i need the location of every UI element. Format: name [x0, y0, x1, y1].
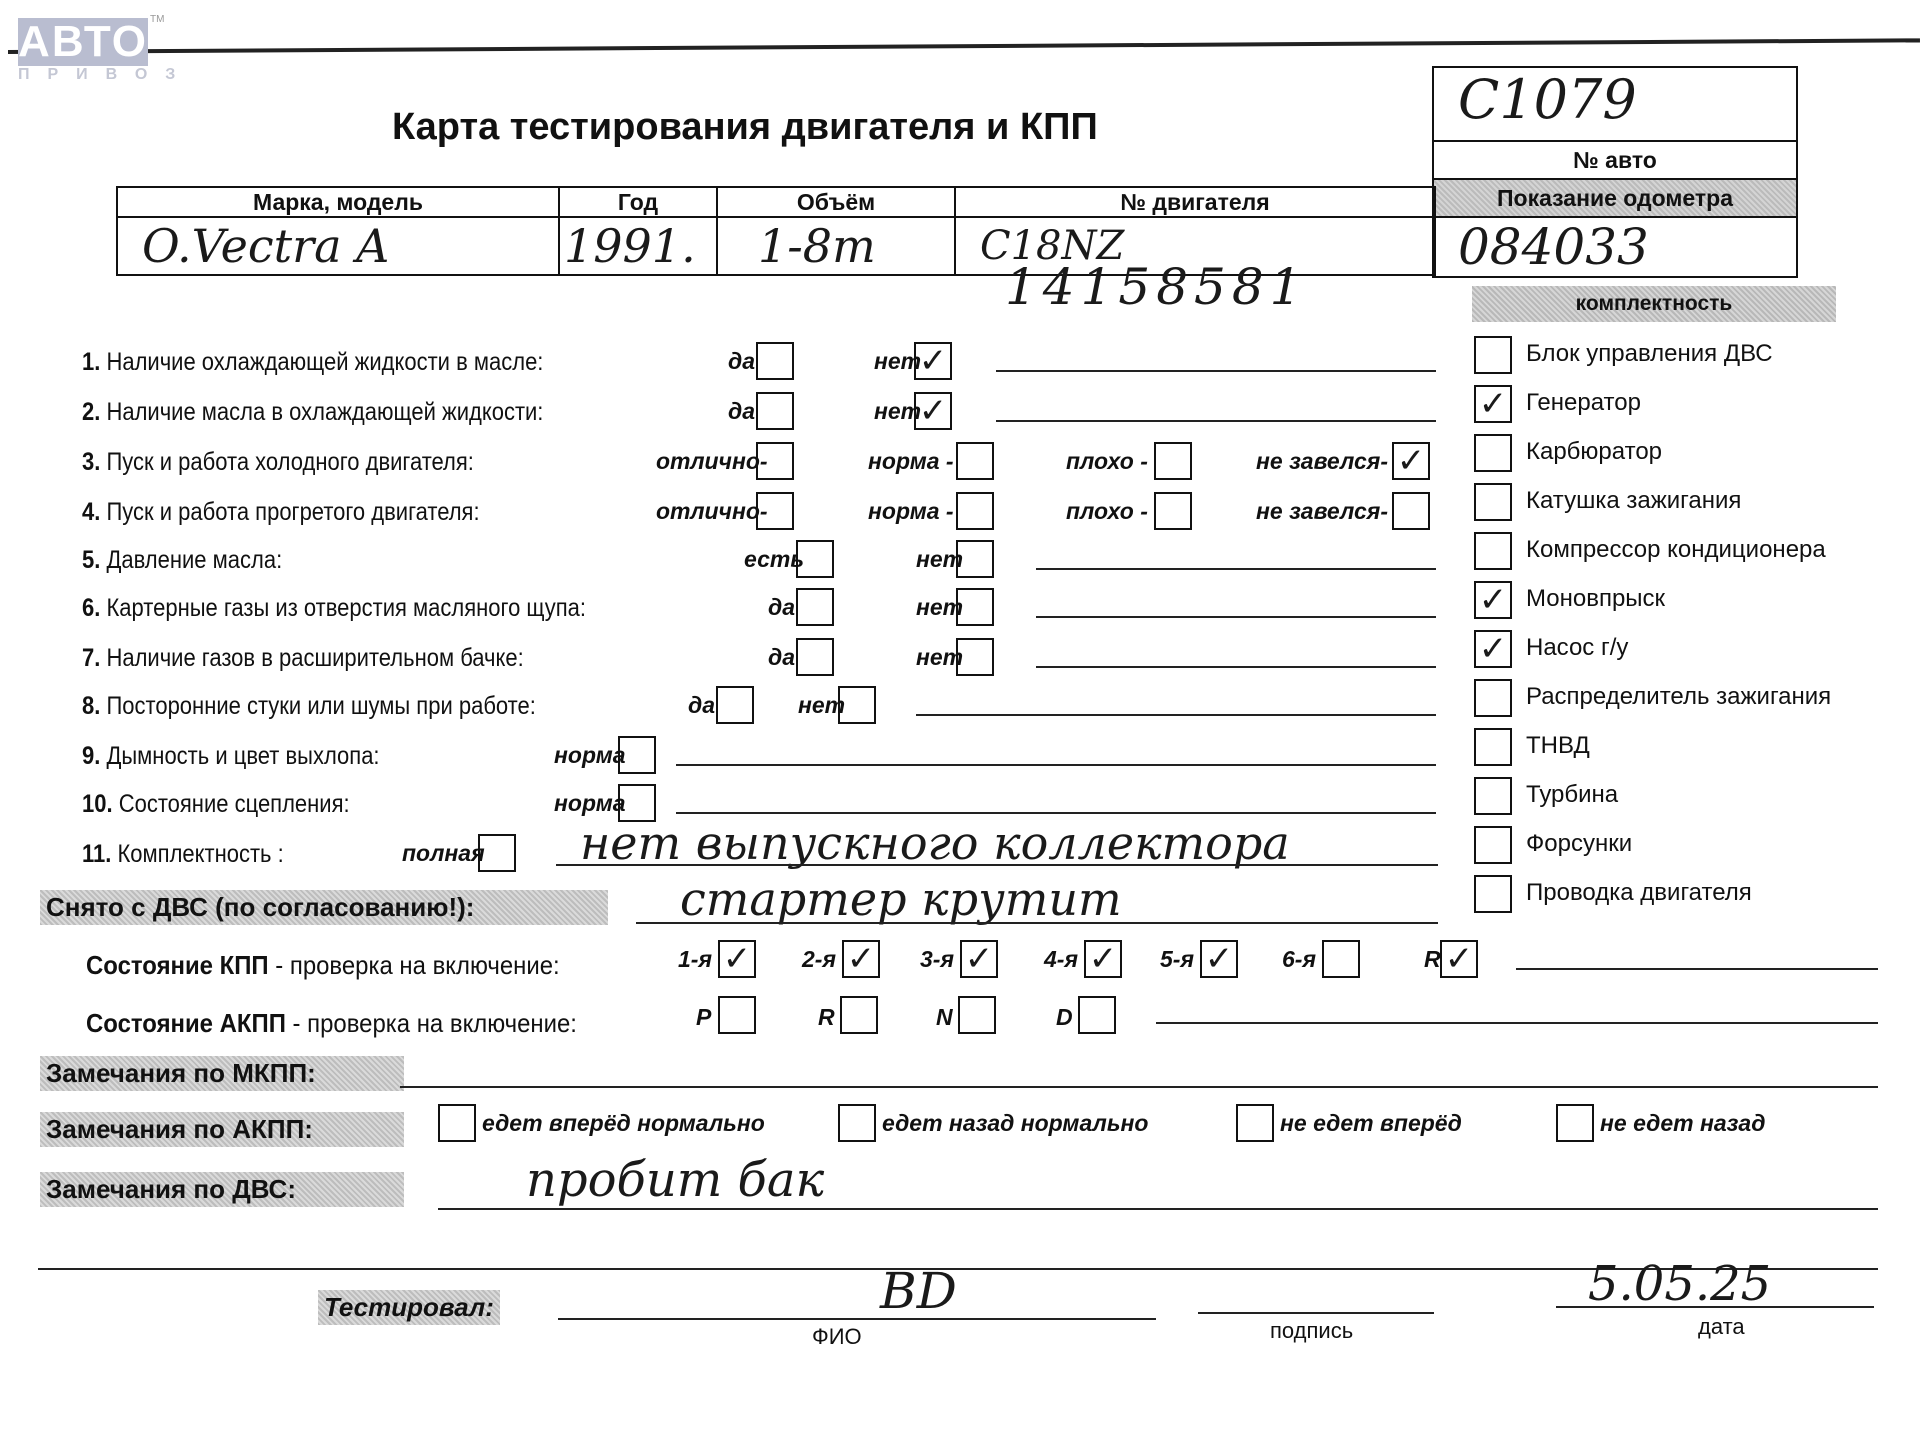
gear-checkbox[interactable]: [1322, 940, 1360, 978]
check-mark-icon: ✓: [1479, 384, 1508, 424]
dvs-remarks-line: [438, 1208, 1878, 1210]
question-label: Картерные газы из отверстия масляного щу…: [106, 594, 586, 622]
akpp-remark-label: едет вперёд нормально: [482, 1110, 765, 1137]
question-number: 8.: [82, 692, 106, 720]
akpp-remark-checkbox[interactable]: [838, 1104, 876, 1142]
date-line: [1556, 1306, 1874, 1308]
kompl-item-label: Катушка зажигания: [1526, 487, 1741, 515]
question-label: Дымность и цвет выхлопа:: [106, 742, 379, 770]
mode-checkbox[interactable]: [840, 996, 878, 1034]
odometer-value[interactable]: 084033: [1434, 218, 1796, 276]
kompl-checkbox[interactable]: ✓: [1474, 581, 1512, 619]
kompl-checkbox[interactable]: [1474, 777, 1512, 815]
auto-number-label: № авто: [1434, 142, 1796, 180]
gear-label: 2-я: [802, 946, 836, 973]
option-checkbox[interactable]: [956, 492, 994, 530]
option-label: не завелся-: [1256, 448, 1388, 475]
option-checkbox[interactable]: [756, 442, 794, 480]
option-label: да: [768, 594, 795, 621]
question-label: Комплектность :: [117, 840, 283, 868]
completeness-note[interactable]: нет выпускного коллектора: [580, 816, 1290, 870]
check-mark-icon: ✓: [919, 341, 948, 381]
question-text: 4. Пуск и работа прогретого двигателя:: [82, 498, 480, 527]
option-checkbox[interactable]: [956, 638, 994, 676]
logo: АВТО: [18, 18, 148, 66]
page-title: Карта тестирования двигателя и КПП: [392, 106, 1098, 149]
answer-line: [1036, 616, 1436, 618]
akpp-remark-label: не едет вперёд: [1280, 1110, 1462, 1137]
check-mark-icon: ✓: [1479, 629, 1508, 669]
mkpp-remarks-label: Замечания по МКПП:: [40, 1056, 404, 1091]
fio-label: ФИО: [812, 1324, 862, 1350]
check-mark-icon: ✓: [1445, 939, 1474, 979]
kompl-header: комплектность: [1472, 286, 1836, 322]
gear-label: R: [1424, 946, 1441, 973]
kpp-label-rest: - проверка на включение:: [269, 950, 560, 980]
check-mark-icon: ✓: [965, 939, 994, 979]
option-label: норма -: [868, 448, 954, 475]
option-label: да: [728, 398, 755, 425]
mode-label: R: [818, 1004, 835, 1031]
answer-line: [996, 420, 1436, 422]
question-label: Давление масла:: [106, 546, 282, 574]
kompl-checkbox[interactable]: ✓: [1474, 630, 1512, 668]
kpp-label: Состояние КПП - проверка на включение:: [86, 950, 560, 981]
answer-line: [1036, 666, 1436, 668]
logo-tm: TM: [150, 14, 164, 25]
option-label: норма: [554, 790, 626, 817]
date-label: дата: [1698, 1314, 1745, 1340]
kompl-checkbox[interactable]: [1474, 483, 1512, 521]
question-text: 2. Наличие масла в охлаждающей жидкости:: [82, 398, 543, 427]
question-label: Пуск и работа холодного двигателя:: [106, 448, 473, 476]
kompl-item-label: Карбюратор: [1526, 438, 1662, 466]
akpp-remark-checkbox[interactable]: [1556, 1104, 1594, 1142]
question-number: 5.: [82, 546, 106, 574]
option-label: отлично-: [656, 498, 768, 525]
option-label: плохо -: [1066, 448, 1148, 475]
check-mark-icon: ✓: [723, 939, 752, 979]
question-text: 7. Наличие газов в расширительном бачке:: [82, 644, 524, 673]
akpp-remark-checkbox[interactable]: [1236, 1104, 1274, 1142]
tested-label: Тестировал:: [318, 1290, 500, 1325]
note-line-1: [556, 864, 1438, 866]
year-value[interactable]: 1991.: [559, 217, 717, 275]
check-mark-icon: ✓: [1397, 441, 1426, 481]
option-checkbox[interactable]: [618, 736, 656, 774]
kompl-checkbox[interactable]: [1474, 434, 1512, 472]
answer-line: [676, 812, 1436, 814]
kompl-item-label: Блок управления ДВС: [1526, 340, 1773, 368]
check-mark-icon: ✓: [1205, 939, 1234, 979]
option-checkbox[interactable]: [1392, 492, 1430, 530]
question-label: Пуск и работа прогретого двигателя:: [106, 498, 479, 526]
gear-label: 4-я: [1044, 946, 1078, 973]
option-checkbox[interactable]: [796, 638, 834, 676]
gear-checkbox[interactable]: ✓: [842, 940, 880, 978]
mode-checkbox[interactable]: [958, 996, 996, 1034]
option-checkbox[interactable]: ✓: [1392, 442, 1430, 480]
answer-line: [676, 764, 1436, 766]
dvs-remarks-value[interactable]: пробит бак: [526, 1152, 824, 1208]
option-checkbox[interactable]: [956, 588, 994, 626]
question-text: 10. Состояние сцепления:: [82, 790, 350, 819]
kompl-checkbox[interactable]: [1474, 826, 1512, 864]
date-value[interactable]: 5.05.25: [1588, 1256, 1771, 1312]
kompl-checkbox[interactable]: [1474, 728, 1512, 766]
col-year: Год: [559, 187, 717, 217]
gear-checkbox[interactable]: ✓: [960, 940, 998, 978]
gear-label: 3-я: [920, 946, 954, 973]
kompl-item-label: Моновпрыск: [1526, 585, 1665, 613]
option-checkbox[interactable]: [756, 492, 794, 530]
gear-checkbox[interactable]: ✓: [1200, 940, 1238, 978]
option-label: не завелся-: [1256, 498, 1388, 525]
question-number: 10.: [82, 790, 119, 818]
gear-label: 5-я: [1160, 946, 1194, 973]
option-checkbox[interactable]: [756, 342, 794, 380]
kompl-item-label: Проводка двигателя: [1526, 879, 1752, 907]
col-make: Марка, модель: [117, 187, 559, 217]
mkpp-remarks-line: [400, 1086, 1878, 1088]
option-label: полная: [402, 840, 485, 867]
option-checkbox[interactable]: [956, 442, 994, 480]
question-number: 7.: [82, 644, 106, 672]
question-text: 3. Пуск и работа холодного двигателя:: [82, 448, 474, 477]
gear-checkbox[interactable]: ✓: [1440, 940, 1478, 978]
question-text: 1. Наличие охлаждающей жидкости в масле:: [82, 348, 543, 377]
logo-subtitle: ПРИВОЗ: [18, 66, 193, 84]
removed-value[interactable]: стартер крутит: [680, 872, 1122, 926]
sign-label: подпись: [1270, 1318, 1353, 1344]
question-number: 11.: [82, 840, 117, 868]
akpp-remark-checkbox[interactable]: [438, 1104, 476, 1142]
col-volume: Объём: [717, 187, 955, 217]
kompl-item-label: Насос г/у: [1526, 634, 1628, 662]
question-label: Наличие охлаждающей жидкости в масле:: [106, 348, 543, 376]
akpp-remark-label: не едет назад: [1600, 1110, 1765, 1137]
question-number: 9.: [82, 742, 106, 770]
option-checkbox[interactable]: [478, 834, 516, 872]
akpp-remarks-label: Замечания по АКПП:: [40, 1112, 404, 1147]
col-engine-no: № двигателя: [955, 187, 1435, 217]
question-text: 9. Дымность и цвет выхлопа:: [82, 742, 380, 771]
option-label: норма: [554, 742, 626, 769]
question-label: Посторонние стуки или шумы при работе:: [106, 692, 535, 720]
odometer-label: Показание одометра: [1434, 180, 1796, 218]
fio-line: [558, 1318, 1156, 1320]
auto-box: C1079 № авто Показание одометра 084033: [1432, 66, 1798, 278]
option-label: да: [688, 692, 715, 719]
kompl-item-label: Распределитель зажигания: [1526, 683, 1831, 711]
kompl-checkbox[interactable]: ✓: [1474, 385, 1512, 423]
option-label: есть: [744, 546, 804, 573]
check-mark-icon: ✓: [919, 391, 948, 431]
question-number: 1.: [82, 348, 106, 376]
kompl-checkbox[interactable]: [1474, 336, 1512, 374]
kompl-checkbox[interactable]: [1474, 532, 1512, 570]
removed-label: Снято с ДВС (по согласованию!):: [40, 890, 608, 925]
akpp-line: [1156, 1022, 1878, 1024]
question-text: 8. Посторонние стуки или шумы при работе…: [82, 692, 536, 721]
auto-number[interactable]: C1079: [1434, 68, 1796, 142]
option-label: да: [728, 348, 755, 375]
kpp-line: [1516, 968, 1878, 970]
question-label: Состояние сцепления:: [119, 790, 350, 818]
option-checkbox[interactable]: [796, 588, 834, 626]
dvs-remarks-label: Замечания по ДВС:: [40, 1172, 404, 1207]
scan-top-line: [8, 38, 1920, 54]
question-text: 6. Картерные газы из отверстия масляного…: [82, 594, 586, 623]
option-checkbox[interactable]: [956, 540, 994, 578]
akpp-label-bold: Состояние АКПП: [86, 1008, 286, 1038]
kompl-item-label: ТНВД: [1526, 732, 1590, 760]
mode-checkbox[interactable]: [718, 996, 756, 1034]
mode-label: P: [696, 1004, 711, 1031]
check-mark-icon: ✓: [847, 939, 876, 979]
check-mark-icon: ✓: [1479, 580, 1508, 620]
mode-checkbox[interactable]: [1078, 996, 1116, 1034]
gear-checkbox[interactable]: ✓: [1084, 940, 1122, 978]
kompl-item-label: Турбина: [1526, 781, 1618, 809]
gear-checkbox[interactable]: ✓: [718, 940, 756, 978]
volume-value[interactable]: 1-8m: [717, 217, 955, 275]
kpp-label-bold: Состояние КПП: [86, 950, 269, 980]
mode-label: D: [1056, 1004, 1073, 1031]
answer-line: [996, 370, 1436, 372]
option-checkbox[interactable]: [618, 784, 656, 822]
make-value[interactable]: O.Vectra A: [117, 217, 559, 275]
answer-line: [916, 714, 1436, 716]
kompl-item-label: Компрессор кондиционера: [1526, 536, 1826, 564]
option-checkbox[interactable]: ✓: [914, 342, 952, 380]
kompl-item-label: Форсунки: [1526, 830, 1632, 858]
akpp-label: Состояние АКПП - проверка на включение:: [86, 1008, 577, 1039]
option-checkbox[interactable]: ✓: [914, 392, 952, 430]
akpp-remark-label: едет назад нормально: [882, 1110, 1148, 1137]
option-label: отлично-: [656, 448, 768, 475]
question-number: 6.: [82, 594, 106, 622]
question-number: 3.: [82, 448, 106, 476]
option-label: да: [768, 644, 795, 671]
question-number: 4.: [82, 498, 106, 526]
akpp-label-rest: - проверка на включение:: [286, 1008, 577, 1038]
question-label: Наличие масла в охлаждающей жидкости:: [106, 398, 543, 426]
option-checkbox[interactable]: [1154, 442, 1192, 480]
note-line-2: [636, 922, 1438, 924]
question-number: 2.: [82, 398, 106, 426]
engine-no-line2[interactable]: 14158581: [1005, 258, 1308, 316]
option-checkbox[interactable]: [756, 392, 794, 430]
question-text: 11. Комплектность :: [82, 840, 284, 869]
gear-label: 6-я: [1282, 946, 1316, 973]
check-mark-icon: ✓: [1089, 939, 1118, 979]
option-checkbox[interactable]: [1154, 492, 1192, 530]
kompl-checkbox[interactable]: [1474, 875, 1512, 913]
option-checkbox[interactable]: [796, 540, 834, 578]
answer-line: [1036, 568, 1436, 570]
kompl-item-label: Генератор: [1526, 389, 1641, 417]
option-label: норма -: [868, 498, 954, 525]
question-text: 5. Давление масла:: [82, 546, 282, 575]
gear-label: 1-я: [678, 946, 712, 973]
kompl-checkbox[interactable]: [1474, 679, 1512, 717]
option-label: плохо -: [1066, 498, 1148, 525]
tested-fio-value[interactable]: BD: [880, 1262, 957, 1320]
option-checkbox[interactable]: [716, 686, 754, 724]
option-checkbox[interactable]: [838, 686, 876, 724]
sign-line: [1198, 1312, 1434, 1314]
question-label: Наличие газов в расширительном бачке:: [106, 644, 523, 672]
mode-label: N: [936, 1004, 953, 1031]
